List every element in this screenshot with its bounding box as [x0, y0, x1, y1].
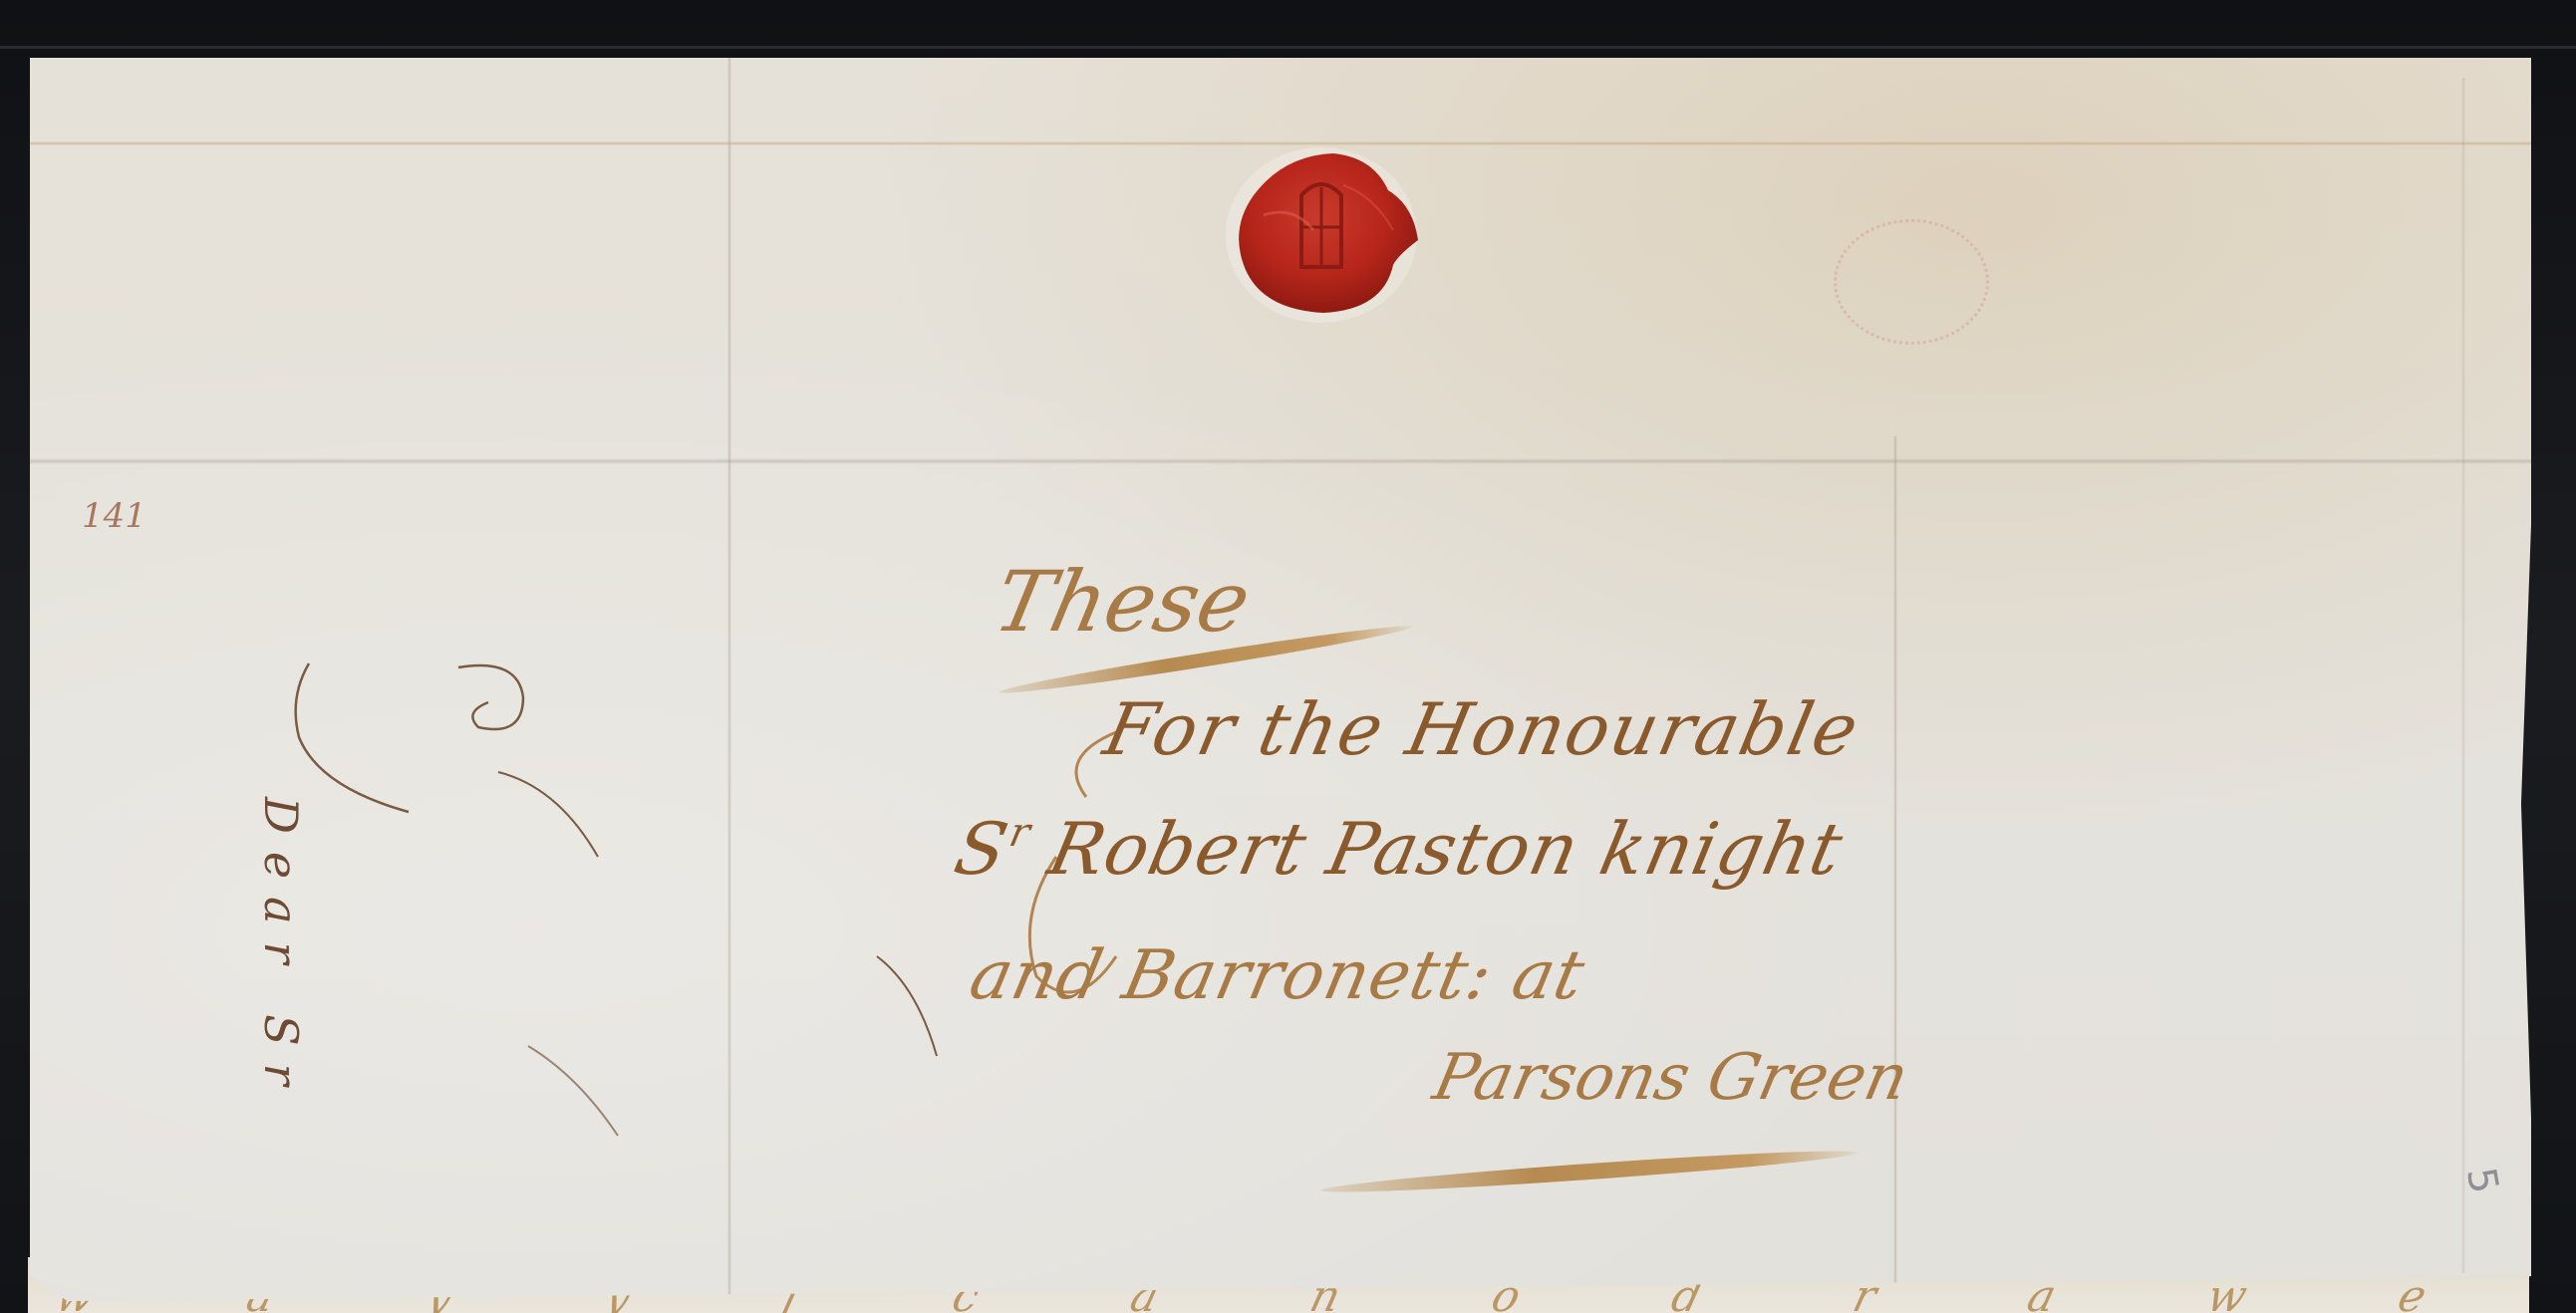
- address-line-location: Parsons Green: [1427, 1041, 1914, 1115]
- address-line-recipient-name: Sr Robert Paston knight: [948, 807, 1851, 891]
- vertical-endorsement: Dear Sr: [254, 797, 308, 1104]
- address-line-these: These: [987, 553, 1259, 651]
- address-line-recipient-title: For the Honourable: [1097, 687, 1867, 771]
- recipient-name: Robert Paston knight: [1018, 807, 1851, 891]
- address-line-rank: and Barronett: at: [964, 936, 1592, 1015]
- decorative-flourishes: [0, 0, 2576, 1313]
